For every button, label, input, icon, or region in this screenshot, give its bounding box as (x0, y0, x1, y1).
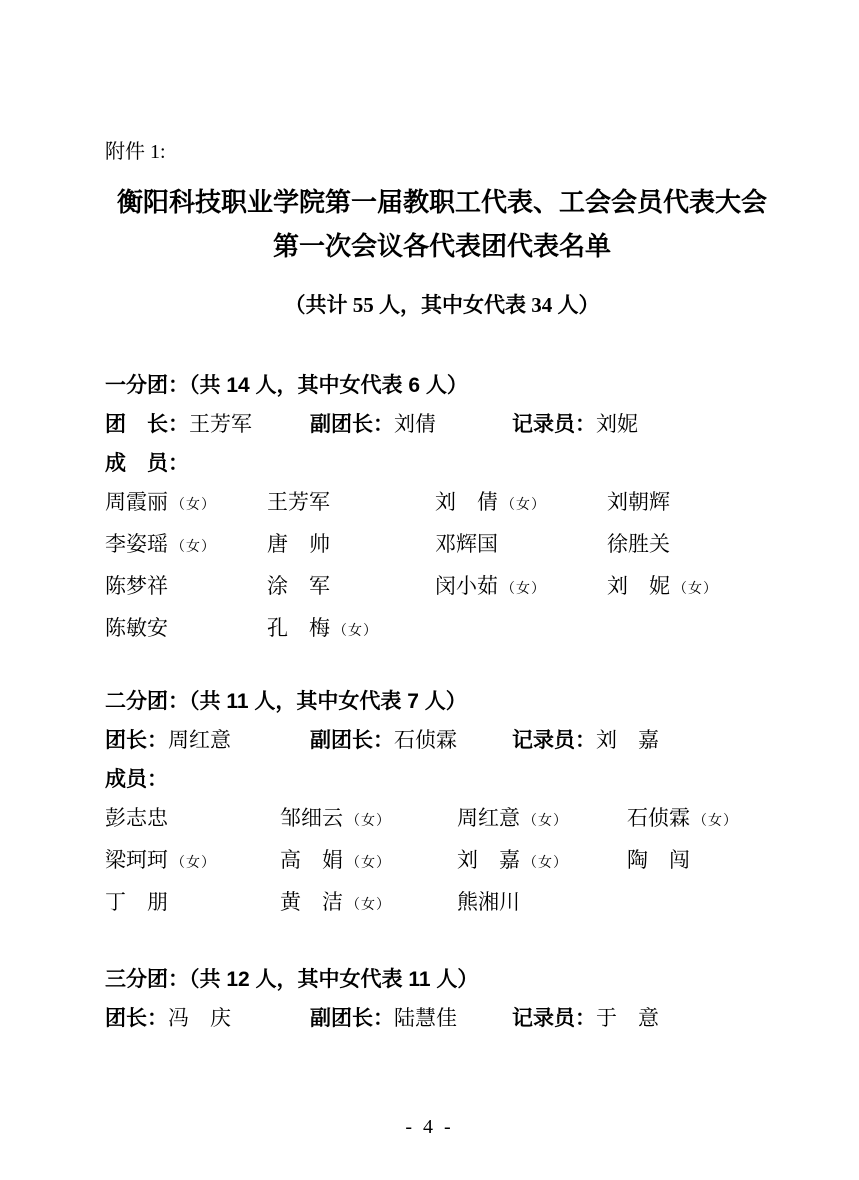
group-section-2: 二分团：（共 11 人，其中女代表 7 人） 团长：周红意 副团长：石侦霖 记录… (105, 687, 779, 921)
leader-name: 冯 庆 (168, 1006, 231, 1030)
member-row: 彭志忠 邹细云（女） 周红意（女） 石侦霖（女） (105, 803, 779, 837)
leader-segment: 团 长：王芳军 (105, 409, 310, 440)
member-name: 高 娟（女） (280, 845, 457, 879)
group-heading: 一分团：（共 14 人，其中女代表 6 人） (105, 371, 779, 401)
document-page: 附件 1: 衡阳科技职业学院第一届教职工代表、工会会员代表大会 第一次会议各代表… (0, 0, 859, 1180)
member-name: 陈敏安 (105, 613, 267, 644)
member-name: 邹细云（女） (280, 803, 457, 837)
document-content: 附件 1: 衡阳科技职业学院第一届教职工代表、工会会员代表大会 第一次会议各代表… (0, 0, 859, 1034)
female-marker: （女） (523, 806, 568, 837)
group-section-3: 三分团：（共 12 人，其中女代表 11 人） 团长：冯 庆 副团长：陆慧佳 记… (105, 965, 779, 1034)
member-name: 刘 嘉（女） (457, 845, 627, 879)
recorder-segment: 记录员：刘 嘉 (512, 725, 659, 756)
member-row: 李姿瑶（女） 唐 帅 邓辉国 徐胜关 (105, 529, 779, 563)
recorder-name: 刘妮 (596, 412, 638, 436)
female-marker: （女） (346, 806, 391, 837)
member-name: 陶 闯 (627, 845, 693, 876)
members-label: 成员： (105, 764, 779, 795)
member-name: 闵小茹（女） (435, 571, 607, 605)
female-marker: （女） (333, 616, 378, 647)
leader-name: 周红意 (168, 728, 231, 752)
member-name: 周红意（女） (457, 803, 627, 837)
deputy-label: 副团长： (310, 729, 394, 752)
member-row: 丁 朋 黄 洁（女） 熊湘川 (105, 887, 779, 921)
recorder-label: 记录员： (512, 413, 596, 436)
leader-label: 团长： (105, 1007, 168, 1030)
deputy-segment: 副团长：陆慧佳 (310, 1003, 512, 1034)
member-row: 周霞丽（女） 王芳军 刘 倩（女） 刘朝辉 (105, 487, 779, 521)
member-name: 黄 洁（女） (280, 887, 457, 921)
title-line-2: 第一次会议各代表团代表名单 (105, 225, 779, 269)
female-marker: （女） (693, 806, 738, 837)
member-row: 陈梦祥 涂 军 闵小茹（女） 刘 妮（女） (105, 571, 779, 605)
member-name: 孔 梅（女） (267, 613, 435, 647)
leader-label: 团长： (105, 729, 168, 752)
member-name: 邓辉国 (435, 529, 607, 560)
female-marker: （女） (171, 490, 216, 521)
recorder-label: 记录员： (512, 1007, 596, 1030)
member-name: 梁珂珂（女） (105, 845, 280, 879)
member-name: 刘 妮（女） (607, 571, 718, 605)
female-marker: （女） (673, 574, 718, 605)
recorder-name: 于 意 (596, 1006, 659, 1030)
deputy-label: 副团长： (310, 413, 394, 436)
member-row: 梁珂珂（女） 高 娟（女） 刘 嘉（女） 陶 闯 (105, 845, 779, 879)
member-name: 石侦霖（女） (627, 803, 738, 837)
leader-segment: 团长：冯 庆 (105, 1003, 310, 1034)
deputy-segment: 副团长：刘倩 (310, 409, 512, 440)
deputy-name: 陆慧佳 (394, 1006, 457, 1030)
recorder-segment: 记录员：于 意 (512, 1003, 659, 1034)
group-section-1: 一分团：（共 14 人，其中女代表 6 人） 团 长：王芳军 副团长：刘倩 记录… (105, 371, 779, 647)
members-label: 成 员： (105, 448, 779, 479)
member-name: 彭志忠 (105, 803, 280, 834)
member-name: 李姿瑶（女） (105, 529, 267, 563)
female-marker: （女） (171, 532, 216, 563)
female-marker: （女） (171, 848, 216, 879)
recorder-segment: 记录员：刘妮 (512, 409, 638, 440)
member-name: 王芳军 (267, 487, 435, 518)
group-officers-line: 团长：冯 庆 副团长：陆慧佳 记录员：于 意 (105, 1003, 779, 1034)
member-name: 刘 倩（女） (435, 487, 607, 521)
group-officers-line: 团 长：王芳军 副团长：刘倩 记录员：刘妮 (105, 409, 779, 440)
document-title: 衡阳科技职业学院第一届教职工代表、工会会员代表大会 第一次会议各代表团代表名单 (105, 181, 779, 269)
group-officers-line: 团长：周红意 副团长：石侦霖 记录员：刘 嘉 (105, 725, 779, 756)
leader-name: 王芳军 (189, 412, 252, 436)
attachment-label: 附件 1: (105, 0, 779, 165)
member-name: 陈梦祥 (105, 571, 267, 602)
female-marker: （女） (523, 848, 568, 879)
member-name: 丁 朋 (105, 887, 280, 918)
member-name: 徐胜关 (607, 529, 673, 560)
member-name: 唐 帅 (267, 529, 435, 560)
group-heading: 三分团：（共 12 人，其中女代表 11 人） (105, 965, 779, 995)
deputy-segment: 副团长：石侦霖 (310, 725, 512, 756)
member-name: 周霞丽（女） (105, 487, 267, 521)
leader-label: 团 长： (105, 413, 189, 436)
deputy-name: 刘倩 (394, 412, 436, 436)
female-marker: （女） (346, 848, 391, 879)
recorder-label: 记录员： (512, 729, 596, 752)
title-line-1: 衡阳科技职业学院第一届教职工代表、工会会员代表大会 (105, 181, 779, 225)
group-heading: 二分团：（共 11 人，其中女代表 7 人） (105, 687, 779, 717)
member-name: 涂 军 (267, 571, 435, 602)
female-marker: （女） (501, 574, 546, 605)
leader-segment: 团长：周红意 (105, 725, 310, 756)
page-number: - 4 - (0, 1116, 859, 1139)
member-name: 熊湘川 (457, 887, 627, 918)
female-marker: （女） (346, 890, 391, 921)
delegate-summary: （共计 55 人，其中女代表 34 人） (105, 291, 779, 319)
deputy-label: 副团长： (310, 1007, 394, 1030)
member-row: 陈敏安 孔 梅（女） (105, 613, 779, 647)
member-name: 刘朝辉 (607, 487, 673, 518)
recorder-name: 刘 嘉 (596, 728, 659, 752)
female-marker: （女） (501, 490, 546, 521)
deputy-name: 石侦霖 (394, 728, 457, 752)
